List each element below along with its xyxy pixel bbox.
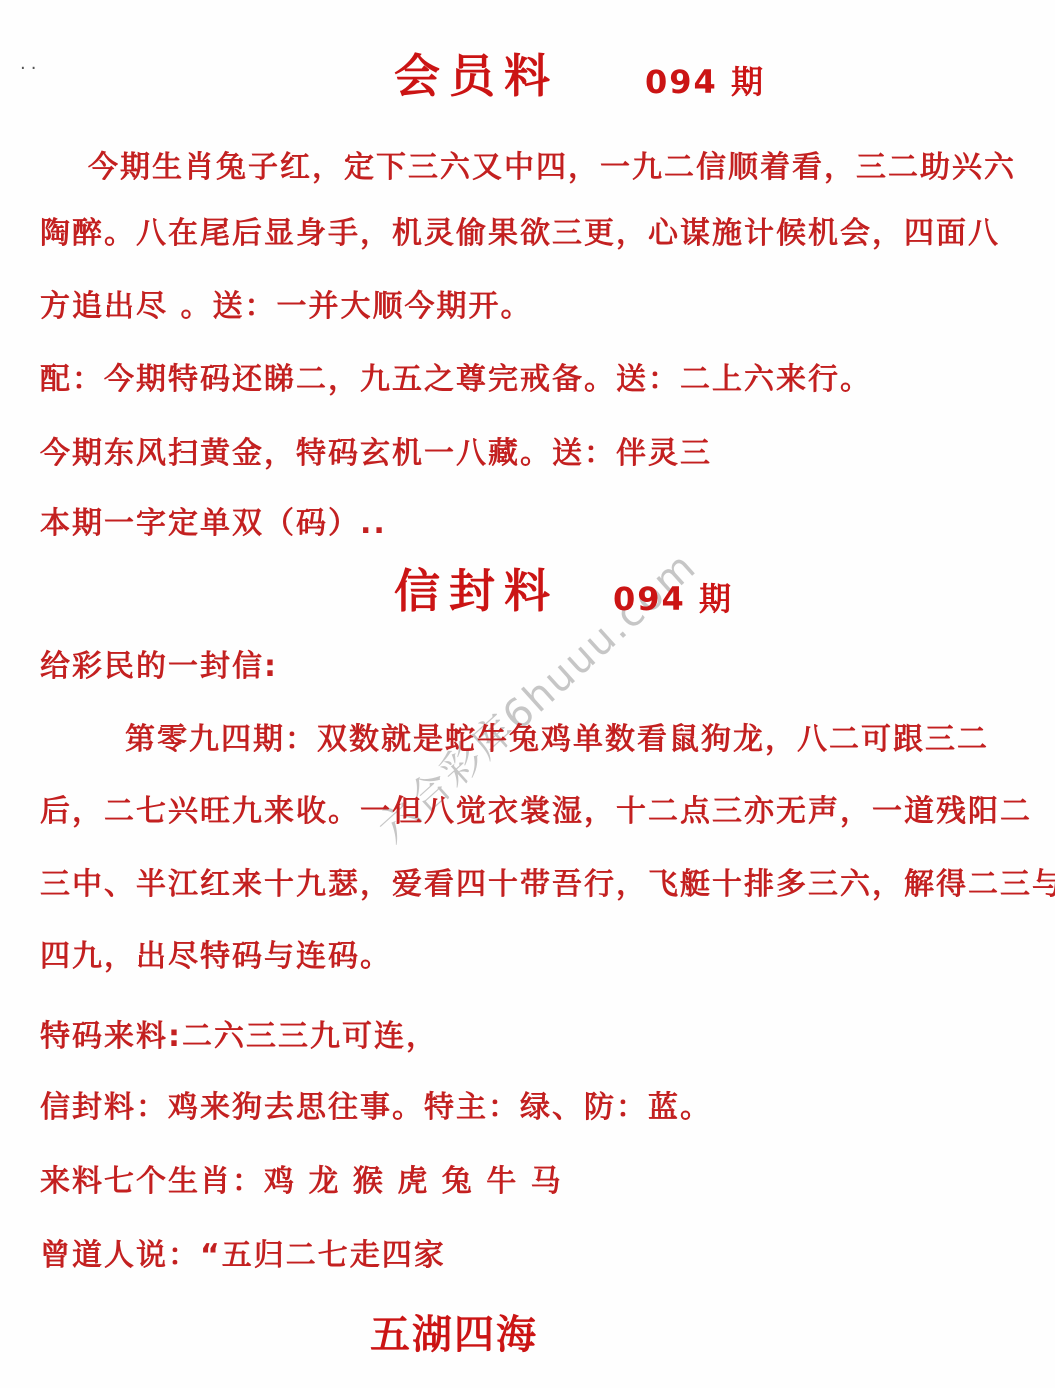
envelope-line: 四九，出尽特码与连码。 <box>40 931 392 975</box>
envelope-line: 三中、半江红来十九瑟，爱看四十带吾行，飞艇十排多三六，解得二三与 <box>40 859 1055 903</box>
envelope-issue-number: 094 期 <box>613 574 733 620</box>
member-line: 今期东风扫黄金，特码玄机一八藏。送：伴灵三 <box>40 428 712 472</box>
footer-title: 五湖四海 <box>370 1303 538 1360</box>
member-line: 方追出尽 。送：一并大顺今期开。 <box>40 281 532 325</box>
member-line: 今期生肖兔子红，定下三六又中四，一九二信顺着看，三二助兴六 <box>88 142 1016 186</box>
envelope-line: 给彩民的一封信: <box>40 641 278 685</box>
scanned-lottery-tip-sheet: ·· 会员料 094 期 今期生肖兔子红，定下三六又中四，一九二信顺着看，三二助… <box>0 0 1055 1388</box>
member-section-title: 会员料 <box>394 40 559 106</box>
envelope-section-title: 信封料 <box>394 555 559 621</box>
envelope-line: 第零九四期：双数就是蛇牛兔鸡单数看鼠狗龙，八二可跟三二 <box>125 714 989 758</box>
member-line: 本期一字定单双（码）.. <box>40 498 387 542</box>
envelope-line: 曾道人说：“五归二七走四家 <box>40 1230 446 1274</box>
envelope-line: 信封料：鸡来狗去思往事。特主：绿、防：蓝。 <box>40 1082 712 1126</box>
envelope-line: 后，二七兴旺九来收。一但八觉衣裳湿，十二点三亦无声，一道残阳二 <box>40 786 1032 830</box>
member-line: 陶醉。八在尾后显身手，机灵偷果欲三更，心谋施计候机会，四面八 <box>40 208 1000 252</box>
envelope-line: 特码来料:二六三三九可连， <box>40 1011 438 1055</box>
scan-corner-marks: ·· <box>20 58 41 79</box>
member-line: 配：今期特码还睇二，九五之尊完戒备。送：二上六来行。 <box>40 354 872 398</box>
member-issue-number: 094 期 <box>645 57 765 103</box>
envelope-line: 来料七个生肖：鸡 龙 猴 虎 兔 牛 马 <box>40 1156 563 1200</box>
